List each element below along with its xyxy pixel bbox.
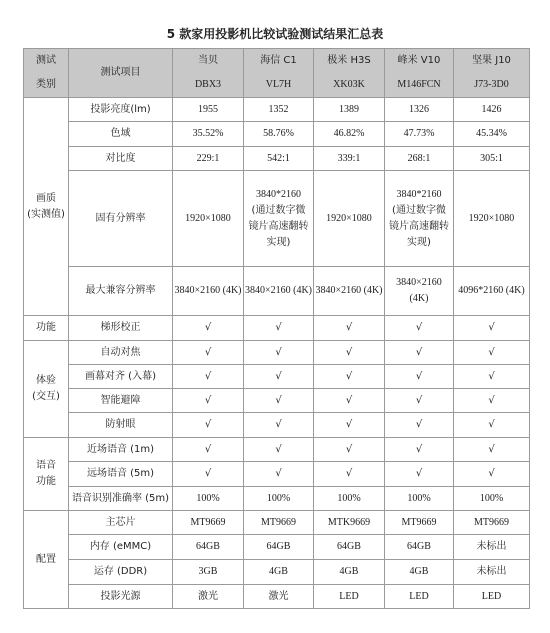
value-cell: 未标出 xyxy=(454,560,530,585)
comparison-table: 测试 类别 测试项目 当贝 DBX3 海信 C1 VL7H 极米 H3S XK0… xyxy=(23,48,530,609)
value-cell: 激光 xyxy=(244,585,314,609)
value-cell: 4GB xyxy=(385,560,454,585)
value-cell: 268:1 xyxy=(385,147,454,171)
table-row: 智能避障√√√√√ xyxy=(24,389,530,413)
product-brand: 极米 H3S xyxy=(314,49,384,73)
value-cell: 64GB xyxy=(314,535,385,560)
value-cell: 1920×1080 xyxy=(454,171,530,267)
value-cell: 47.73% xyxy=(385,122,454,147)
test-item: 自动对焦 xyxy=(69,341,173,365)
check-mark-icon: √ xyxy=(385,413,454,438)
value-line: 镜片高速翻转 xyxy=(385,219,453,235)
header-product-2: 海信 C1 VL7H xyxy=(244,49,314,98)
check-mark-icon: √ xyxy=(314,413,385,438)
check-mark-icon: √ xyxy=(173,389,244,413)
value-cell: 64GB xyxy=(385,535,454,560)
value-line: 1920×1080 xyxy=(173,211,243,227)
table-row: 防射眼√√√√√ xyxy=(24,413,530,438)
check-mark-icon: √ xyxy=(173,438,244,462)
product-model: VL7H xyxy=(244,73,313,97)
value-line: 4096*2160 (4K) xyxy=(454,283,529,299)
value-line: 3840*2160 xyxy=(385,187,453,203)
table-row: 对比度229:1542:1339:1268:1305:1 xyxy=(24,147,530,171)
table-row: 画质(实测值)投影亮度(lm)19551352138913261426 xyxy=(24,98,530,122)
category-voice: 语音功能 xyxy=(24,438,69,511)
product-brand: 坚果 J10 xyxy=(454,49,529,73)
table-row: 运存 (DDR)3GB4GB4GB4GB未标出 xyxy=(24,560,530,585)
value-cell: 4GB xyxy=(314,560,385,585)
test-item: 对比度 xyxy=(69,147,173,171)
value-cell: 100% xyxy=(314,487,385,511)
value-cell: 100% xyxy=(385,487,454,511)
header-item: 测试项目 xyxy=(69,49,173,98)
value-cell: 3840×2160 (4K) xyxy=(244,267,314,316)
table-title: 5 款家用投影机比较试验测试结果汇总表 xyxy=(0,25,550,42)
check-mark-icon: √ xyxy=(173,341,244,365)
value-line: 3840×2160 (4K) xyxy=(314,283,384,299)
product-model: M146FCN xyxy=(385,73,453,97)
check-mark-icon: √ xyxy=(314,389,385,413)
test-item: 运存 (DDR) xyxy=(69,560,173,585)
value-cell: 4096*2160 (4K) xyxy=(454,267,530,316)
check-mark-icon: √ xyxy=(244,365,314,389)
category-picture: 画质(实测值) xyxy=(24,98,69,316)
value-line: 1920×1080 xyxy=(314,211,384,227)
check-mark-icon: √ xyxy=(385,365,454,389)
test-item: 梯形校正 xyxy=(69,316,173,341)
value-cell: 1920×1080 xyxy=(173,171,244,267)
test-item: 防射眼 xyxy=(69,413,173,438)
check-mark-icon: √ xyxy=(173,316,244,341)
value-cell: MT9669 xyxy=(385,511,454,535)
product-brand: 当贝 xyxy=(173,49,243,73)
check-mark-icon: √ xyxy=(314,438,385,462)
category-label-line: 体验 xyxy=(24,373,68,389)
value-line: 实现) xyxy=(244,235,313,251)
category-label-line: 功能 xyxy=(24,474,68,490)
check-mark-icon: √ xyxy=(314,462,385,487)
value-cell: 1352 xyxy=(244,98,314,122)
check-mark-icon: √ xyxy=(173,413,244,438)
value-cell: 58.76% xyxy=(244,122,314,147)
table-row: 语音识别准确率 (5m)100%100%100%100%100% xyxy=(24,487,530,511)
value-cell: MT9669 xyxy=(244,511,314,535)
check-mark-icon: √ xyxy=(244,438,314,462)
value-cell: 激光 xyxy=(173,585,244,609)
value-line: (通过数字微 xyxy=(244,203,313,219)
check-mark-icon: √ xyxy=(314,341,385,365)
check-mark-icon: √ xyxy=(454,438,530,462)
table-row: 功能梯形校正√√√√√ xyxy=(24,316,530,341)
category-label-line: (交互) xyxy=(24,389,68,405)
test-item: 智能避障 xyxy=(69,389,173,413)
check-mark-icon: √ xyxy=(244,341,314,365)
category-experience: 体验(交互) xyxy=(24,341,69,438)
category-label-line: 语音 xyxy=(24,458,68,474)
value-cell: 3840×2160 (4K) xyxy=(173,267,244,316)
value-cell: 305:1 xyxy=(454,147,530,171)
value-cell: 542:1 xyxy=(244,147,314,171)
table-row: 体验(交互)自动对焦√√√√√ xyxy=(24,341,530,365)
value-line: (4K) xyxy=(385,291,453,307)
test-item: 远场语音 (5m) xyxy=(69,462,173,487)
value-cell: 3840×2160(4K) xyxy=(385,267,454,316)
check-mark-icon: √ xyxy=(244,389,314,413)
table-row: 画幕对齐 (入幕)√√√√√ xyxy=(24,365,530,389)
product-brand: 峰米 V10 xyxy=(385,49,453,73)
value-cell: 100% xyxy=(454,487,530,511)
value-line: 3840×2160 (4K) xyxy=(173,283,243,299)
product-brand: 海信 C1 xyxy=(244,49,313,73)
check-mark-icon: √ xyxy=(173,365,244,389)
check-mark-icon: √ xyxy=(454,316,530,341)
value-cell: 1955 xyxy=(173,98,244,122)
value-cell: MT9669 xyxy=(454,511,530,535)
value-cell: 46.82% xyxy=(314,122,385,147)
value-line: 3840*2160 xyxy=(244,187,313,203)
value-cell: 64GB xyxy=(244,535,314,560)
check-mark-icon: √ xyxy=(454,413,530,438)
table-row: 色域35.52%58.76%46.82%47.73%45.34% xyxy=(24,122,530,147)
category-label-line: 配置 xyxy=(24,552,68,568)
value-cell: LED xyxy=(385,585,454,609)
value-cell: 4GB xyxy=(244,560,314,585)
test-item: 主芯片 xyxy=(69,511,173,535)
test-item: 色域 xyxy=(69,122,173,147)
value-cell: 100% xyxy=(244,487,314,511)
check-mark-icon: √ xyxy=(385,438,454,462)
value-line: 1920×1080 xyxy=(454,211,529,227)
value-cell: MT9669 xyxy=(173,511,244,535)
value-line: (通过数字微 xyxy=(385,203,453,219)
check-mark-icon: √ xyxy=(454,389,530,413)
value-cell: LED xyxy=(454,585,530,609)
value-cell: 1920×1080 xyxy=(314,171,385,267)
table-row: 投影光源激光激光LEDLEDLED xyxy=(24,585,530,609)
table-row: 固有分辨率1920×10803840*2160(通过数字微镜片高速翻转实现)19… xyxy=(24,171,530,267)
header-product-1: 当贝 DBX3 xyxy=(173,49,244,98)
check-mark-icon: √ xyxy=(454,365,530,389)
value-cell: 45.34% xyxy=(454,122,530,147)
test-item: 最大兼容分辨率 xyxy=(69,267,173,316)
value-cell: 1426 xyxy=(454,98,530,122)
category-label-line: 功能 xyxy=(24,320,68,336)
value-cell: 1389 xyxy=(314,98,385,122)
check-mark-icon: √ xyxy=(385,316,454,341)
value-cell: 339:1 xyxy=(314,147,385,171)
header-product-5: 坚果 J10 J73-3D0 xyxy=(454,49,530,98)
check-mark-icon: √ xyxy=(173,462,244,487)
test-item: 近场语音 (1m) xyxy=(69,438,173,462)
value-line: 实现) xyxy=(385,235,453,251)
test-item: 内存 (eMMC) xyxy=(69,535,173,560)
category-label-line: 画质 xyxy=(24,191,68,207)
value-line: 3840×2160 (4K) xyxy=(244,283,313,299)
check-mark-icon: √ xyxy=(244,413,314,438)
table-row: 配置主芯片MT9669MT9669MTK9669MT9669MT9669 xyxy=(24,511,530,535)
value-cell: 3840*2160(通过数字微镜片高速翻转实现) xyxy=(244,171,314,267)
value-cell: 未标出 xyxy=(454,535,530,560)
check-mark-icon: √ xyxy=(244,462,314,487)
table-row: 最大兼容分辨率3840×2160 (4K)3840×2160 (4K)3840×… xyxy=(24,267,530,316)
value-cell: 100% xyxy=(173,487,244,511)
test-item: 画幕对齐 (入幕) xyxy=(69,365,173,389)
header-product-3: 极米 H3S XK03K xyxy=(314,49,385,98)
header-row: 测试 类别 测试项目 当贝 DBX3 海信 C1 VL7H 极米 H3S XK0… xyxy=(24,49,530,98)
category-function: 功能 xyxy=(24,316,69,341)
value-cell: MTK9669 xyxy=(314,511,385,535)
value-line: 镜片高速翻转 xyxy=(244,219,313,235)
check-mark-icon: √ xyxy=(454,341,530,365)
product-model: J73-3D0 xyxy=(454,73,529,97)
test-item: 固有分辨率 xyxy=(69,171,173,267)
value-cell: 35.52% xyxy=(173,122,244,147)
check-mark-icon: √ xyxy=(314,316,385,341)
value-cell: 64GB xyxy=(173,535,244,560)
table-row: 远场语音 (5m)√√√√√ xyxy=(24,462,530,487)
check-mark-icon: √ xyxy=(454,462,530,487)
check-mark-icon: √ xyxy=(385,389,454,413)
value-cell: 3GB xyxy=(173,560,244,585)
value-line: 3840×2160 xyxy=(385,275,453,291)
test-item: 投影亮度(lm) xyxy=(69,98,173,122)
value-cell: 1326 xyxy=(385,98,454,122)
check-mark-icon: √ xyxy=(385,341,454,365)
check-mark-icon: √ xyxy=(244,316,314,341)
value-cell: LED xyxy=(314,585,385,609)
category-label-line: (实测值) xyxy=(24,207,68,223)
value-cell: 229:1 xyxy=(173,147,244,171)
product-model: XK03K xyxy=(314,73,384,97)
category-config: 配置 xyxy=(24,511,69,609)
value-cell: 3840*2160(通过数字微镜片高速翻转实现) xyxy=(385,171,454,267)
test-item: 投影光源 xyxy=(69,585,173,609)
product-model: DBX3 xyxy=(173,73,243,97)
table-row: 内存 (eMMC)64GB64GB64GB64GB未标出 xyxy=(24,535,530,560)
table-body: 画质(实测值)投影亮度(lm)19551352138913261426色域35.… xyxy=(24,98,530,609)
header-category: 测试 类别 xyxy=(24,49,69,98)
header-category-line1: 测试 xyxy=(24,49,68,73)
table-row: 语音功能近场语音 (1m)√√√√√ xyxy=(24,438,530,462)
check-mark-icon: √ xyxy=(314,365,385,389)
test-item: 语音识别准确率 (5m) xyxy=(69,487,173,511)
header-product-4: 峰米 V10 M146FCN xyxy=(385,49,454,98)
header-category-line2: 类别 xyxy=(24,73,68,97)
value-cell: 3840×2160 (4K) xyxy=(314,267,385,316)
check-mark-icon: √ xyxy=(385,462,454,487)
